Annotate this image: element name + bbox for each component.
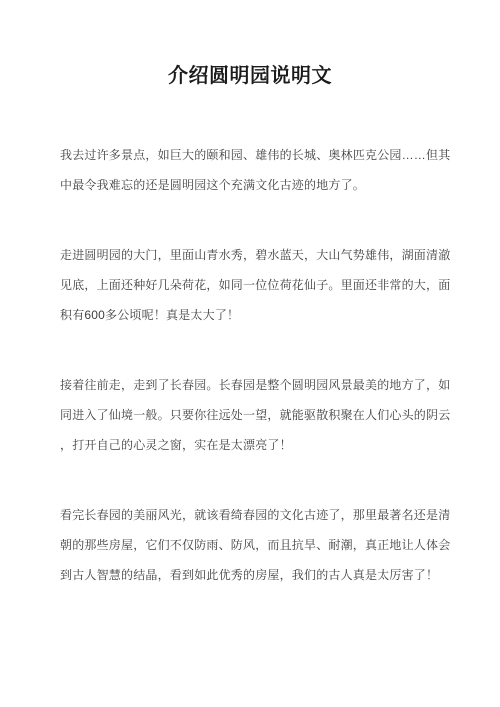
paragraph-changchun-garden: 接着往前走，走到了长春园。长春园是整个圆明园风景最美的地方了，如 同进入了仙境一… xyxy=(60,370,460,460)
document-body: 我去过许多景点，如巨大的颐和园、雄伟的长城、奥林匹克公园……但其 中最令我难忘的… xyxy=(60,140,460,590)
paragraph-qichun-garden: 看完长春园的美丽风光，就该看绮春园的文化古迹了，那里最著名还是清 朝的那些房屋，… xyxy=(60,500,460,590)
document-page: 介绍圆明园说明文 我去过许多景点，如巨大的颐和园、雄伟的长城、奥林匹克公园……但… xyxy=(0,0,500,707)
paragraph-gate-and-scenery: 走进圆明园的大门，里面山青水秀，碧水蓝天，大山气势雄伟，湖面清澈 见底，上面还种… xyxy=(60,240,460,330)
paragraph-intro: 我去过许多景点，如巨大的颐和园、雄伟的长城、奥林匹克公园……但其 中最令我难忘的… xyxy=(60,140,460,200)
document-title: 介绍圆明园说明文 xyxy=(0,64,500,88)
